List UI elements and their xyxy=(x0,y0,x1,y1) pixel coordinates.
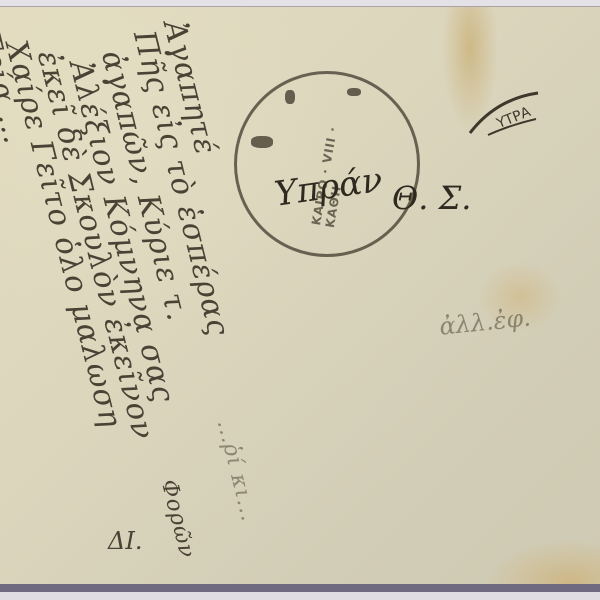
postcard-back: Ἀγαπητέ Πῆς εἰς τὸ ἑσπέρας ἀγαπῶν, Κύριε… xyxy=(0,6,600,585)
handwriting-note: ΔΙ. xyxy=(108,527,142,555)
handwriting-note: ...ῥί κι... xyxy=(212,417,262,525)
signature-initials: Θ. Σ. xyxy=(392,179,471,217)
postmark-ink-blot xyxy=(347,88,361,96)
postmark-ink-blot xyxy=(285,90,295,104)
postmark-circle: ΚΑΙΡΟ · VIII · ΚΑΘΗ xyxy=(234,71,420,257)
photo-bottom-border xyxy=(0,584,600,592)
handwriting-note: Φορῶν xyxy=(156,477,200,561)
cancel-stamp-text: ΥΤΡΑ xyxy=(494,104,534,133)
postmark-ink-blot xyxy=(251,136,273,148)
cancel-stamp-arc-icon: ΥΤΡΑ xyxy=(466,89,546,139)
photo-bottom-margin xyxy=(0,592,600,600)
faint-pencil-mark: ἀλλ.ἐφ. xyxy=(438,303,532,340)
